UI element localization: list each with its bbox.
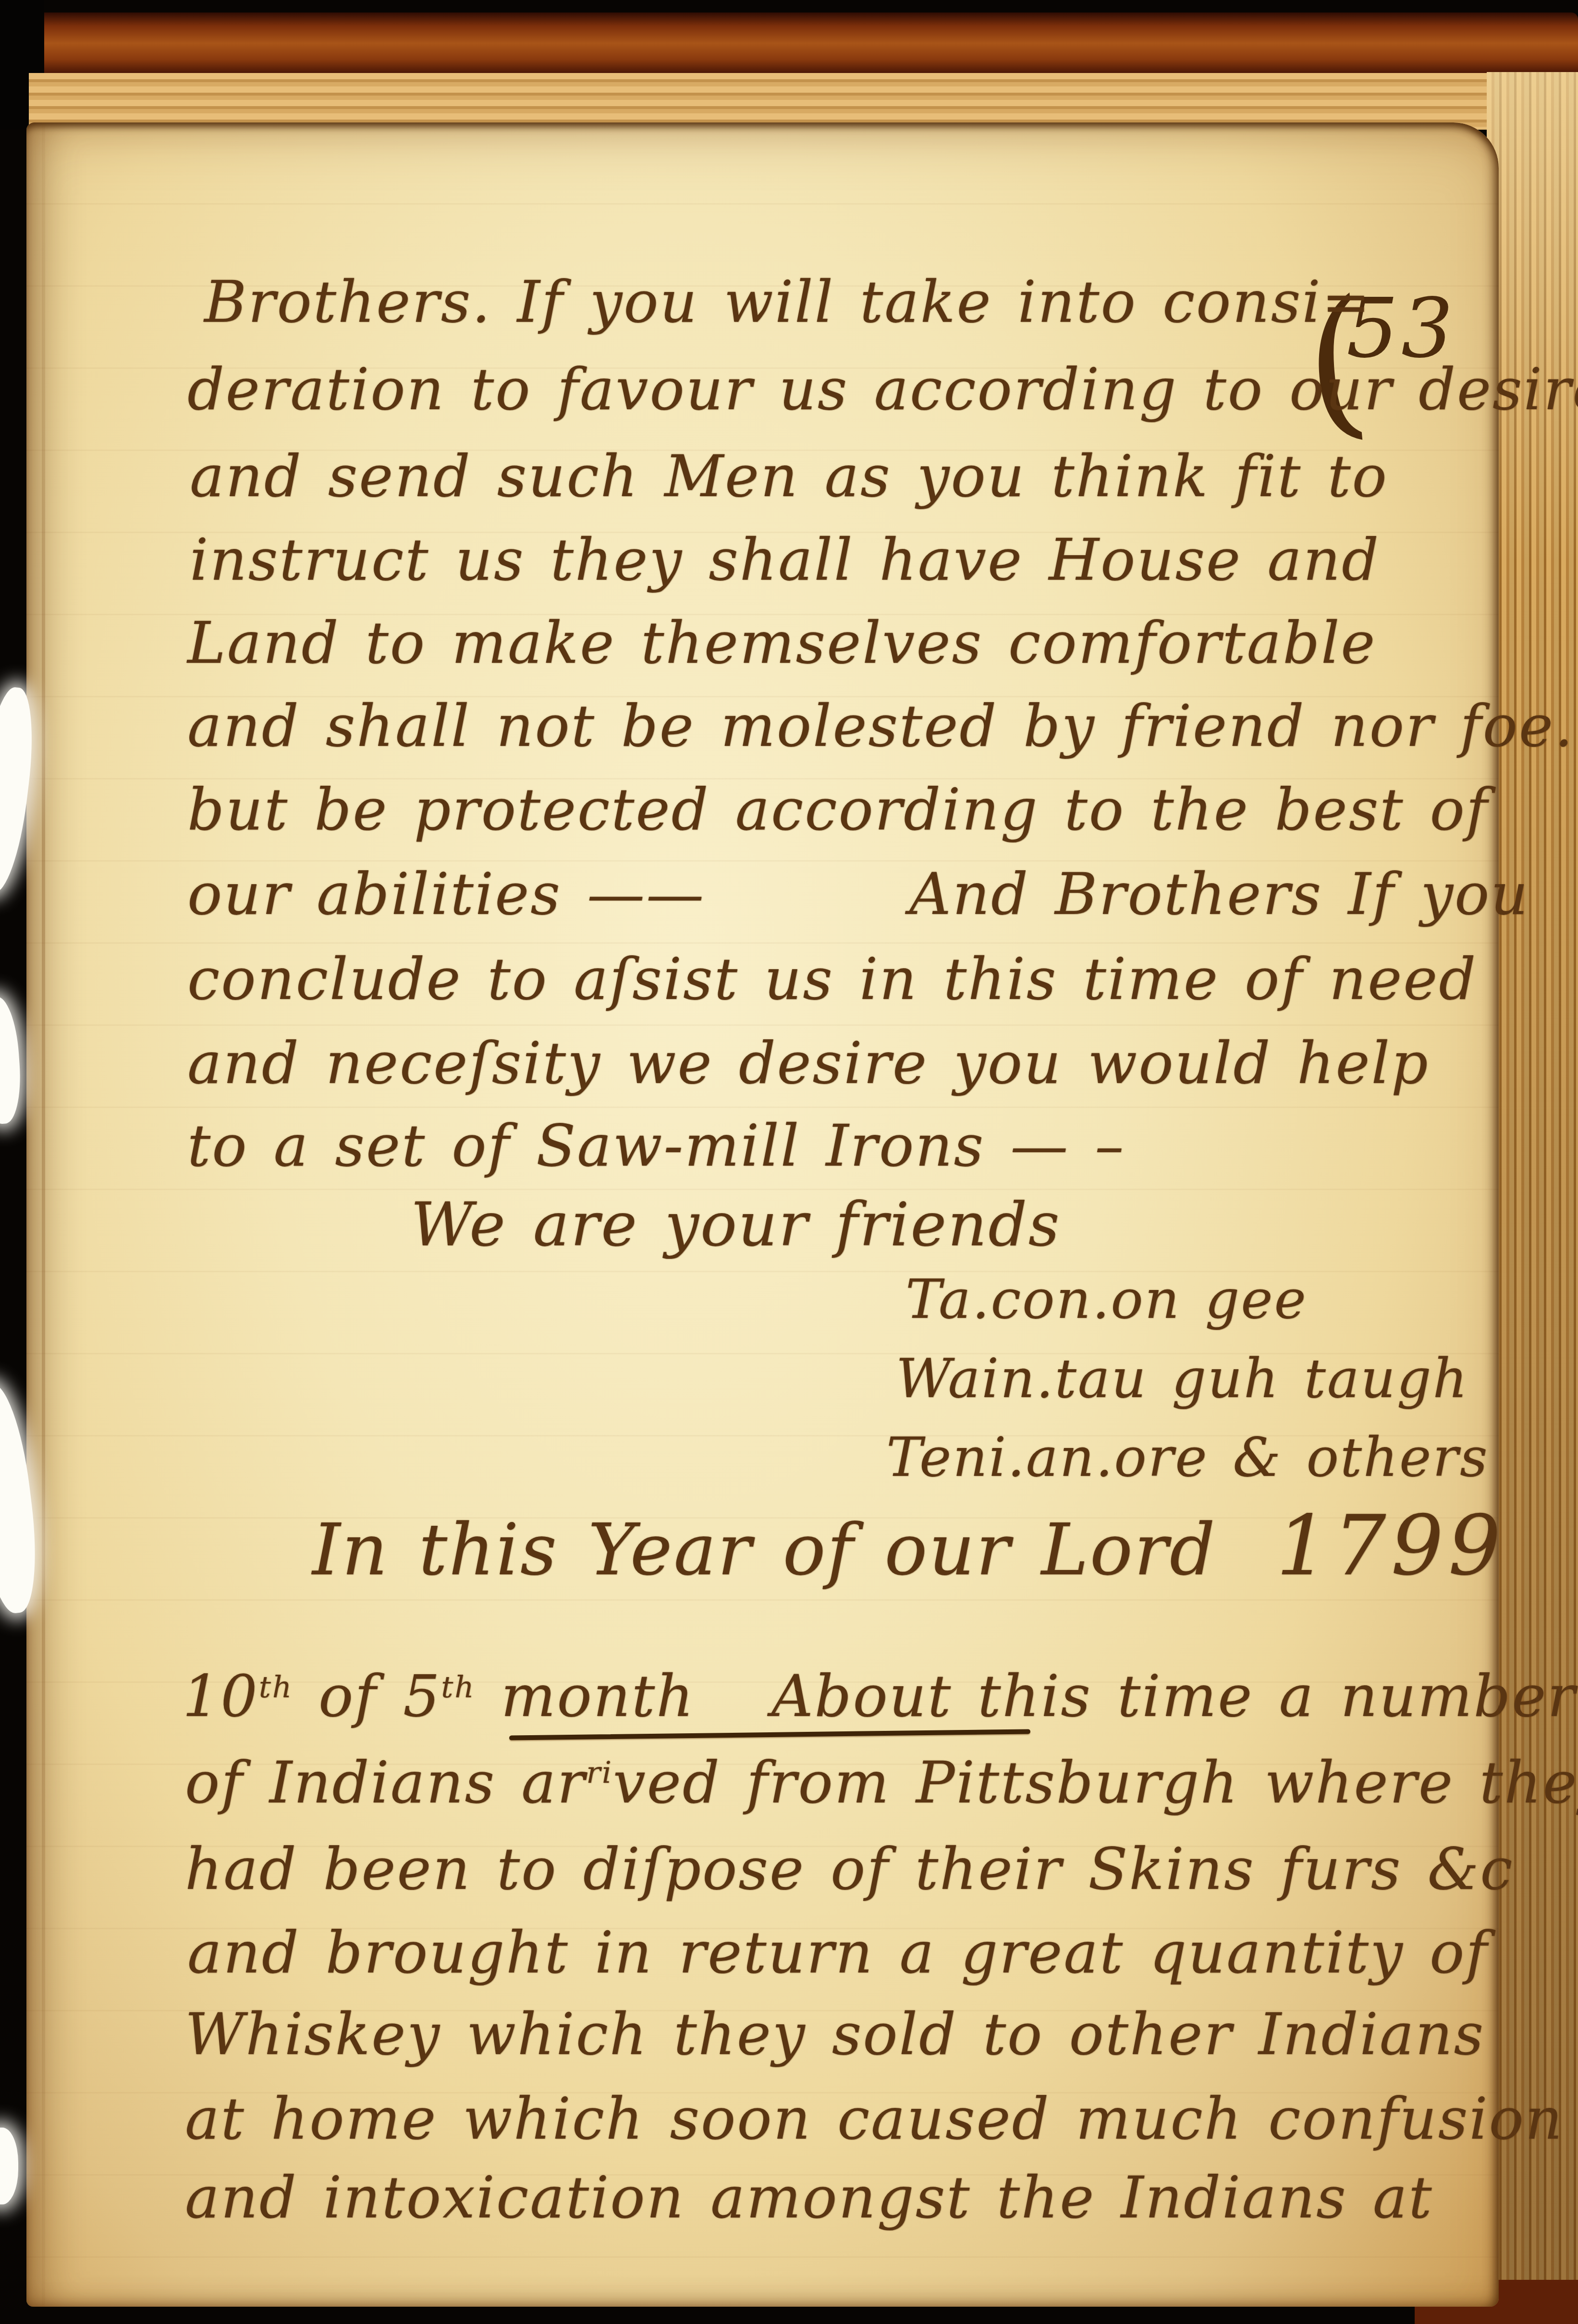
handwriting-line: deration to favour us according to our d… (187, 361, 1578, 419)
handwriting-line: and shall not be molested by friend nor … (187, 698, 1574, 755)
signature-line: Wain.tau guh taugh (896, 1352, 1469, 1406)
book-spine-leather-edge (0, 12, 1578, 74)
year-line: In this Year of our Lord 1799 (312, 1505, 1505, 1587)
handwriting-line: Land to make themselves comfortable (187, 615, 1376, 672)
inserted-letters: ri (586, 1755, 613, 1790)
letter-closing: We are your friends (411, 1194, 1061, 1255)
entry-date-line: 10th of 5th month About this time a numb… (183, 1668, 1577, 1726)
handwriting-line: and intoxication amongst the Indians at (185, 2169, 1433, 2227)
handwriting-line: Brothers. If you will take into consi= (204, 274, 1371, 331)
text-run: 10 (183, 1663, 259, 1730)
torn-paper-spot (0, 995, 24, 1125)
year-value: 1799 (1276, 1497, 1506, 1594)
text-run: of 5 (293, 1663, 441, 1730)
handwriting-line: and neceſsity we desire you would help (187, 1035, 1430, 1093)
year-line-text: In this Year of our Lord (312, 1509, 1276, 1591)
handwriting-line: had been to diſpose of their Skins furs … (185, 1841, 1514, 1898)
page-edges-top (29, 73, 1537, 130)
handwriting-line: and brought in return a great quantity o… (187, 1924, 1489, 1982)
handwriting-line: but be protected according to the best o… (187, 781, 1489, 839)
handwriting-line: our abilities —— And Brothers If you (187, 866, 1529, 924)
text-run: month About this time a number (476, 1663, 1577, 1730)
book-scan: (53 Brothers. If you will take into cons… (0, 0, 1578, 2324)
signature-line: Teni.an.ore & others (886, 1431, 1489, 1484)
handwriting-line: Whiskey which they sold to other Indians (185, 2006, 1485, 2064)
section-divider-rule (509, 1729, 1030, 1740)
handwriting-line: conclude to aſsist us in this time of ne… (187, 951, 1477, 1009)
ordinal-superscript: th (259, 1669, 293, 1704)
handwriting-line: instruct us they shall have House and (190, 532, 1380, 589)
torn-paper-spot (0, 2128, 18, 2204)
handwriting-line: at home which soon caused much confusion (185, 2091, 1564, 2148)
ordinal-superscript: th (441, 1669, 475, 1704)
page-gutter-crease (42, 122, 45, 2307)
handwriting-line: of Indians arrived from Pittsburgh where… (185, 1754, 1578, 1812)
manuscript-page: (53 Brothers. If you will take into cons… (26, 122, 1499, 2307)
handwriting-line: to a set of Saw-mill Irons — – (187, 1118, 1125, 1175)
signature-line: Ta.con.on gee (905, 1273, 1308, 1326)
text-run: of Indians ar (185, 1750, 586, 1816)
text-run: ved from Pittsburgh where they (613, 1750, 1578, 1816)
handwriting-line: and send such Men as you think fit to (190, 448, 1388, 506)
